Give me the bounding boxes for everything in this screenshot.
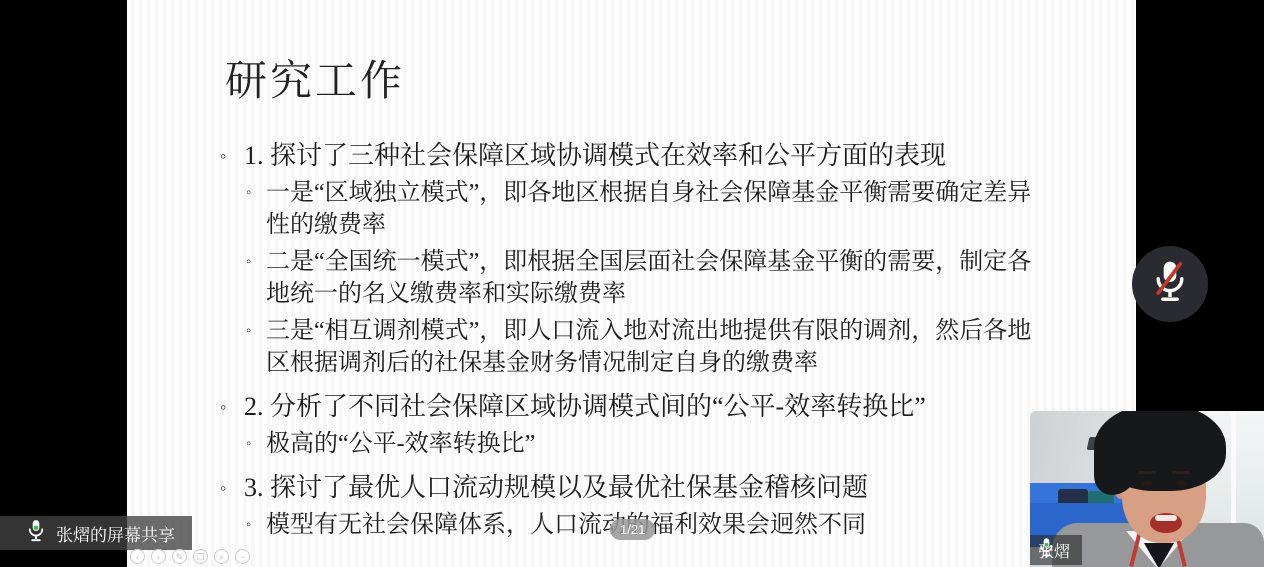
- slide-bullet-list: ◦ 1. 探讨了三种社会保障区域协调模式在效率和公平方面的表现 ◦ 一是“区域独…: [220, 128, 1060, 541]
- undo-icon[interactable]: ‹: [130, 549, 145, 564]
- bullet-marker: ◦: [246, 509, 251, 541]
- bullet-text: 一是“区域独立模式”，即各地区根据自身社会保障基金平衡需要确定差异性的缴费率: [266, 180, 1031, 238]
- pen-icon[interactable]: ✎: [172, 549, 187, 564]
- magnifier-icon[interactable]: ⌕: [214, 549, 229, 564]
- person-teeth: [1155, 515, 1177, 521]
- bullet-marker: ◦: [220, 140, 226, 172]
- shared-screen-slide: 研究工作 ◦ 1. 探讨了三种社会保障区域协调模式在效率和公平方面的表现 ◦ 一…: [127, 0, 1136, 567]
- person-eye: [1142, 481, 1153, 486]
- bullet-text: 极高的“公平-效率转换比”: [266, 431, 535, 457]
- bullet-marker: ◦: [246, 177, 251, 209]
- person-eyebrow: [1172, 471, 1190, 474]
- bullet-item: ◦ 极高的“公平-效率转换比”: [246, 428, 1038, 460]
- screen-share-label: 张熠的屏幕共享: [56, 521, 175, 546]
- page-indicator: 1/21: [610, 519, 655, 540]
- meeting-window: 研究工作 ◦ 1. 探讨了三种社会保障区域协调模式在效率和公平方面的表现 ◦ 一…: [0, 0, 1264, 567]
- bullet-item: ◦ 3. 探讨了最优人口流动规模以及最优社保基金稽核问题: [220, 472, 1060, 504]
- bullet-item: ◦ 三是“相互调剂模式”，即人口流入地对流出地提供有限的调剂，然后各地区根据调剂…: [246, 315, 1038, 379]
- bullet-marker: ◦: [220, 472, 226, 504]
- bullet-text: 1. 探讨了三种社会保障区域协调模式在效率和公平方面的表现: [244, 141, 946, 170]
- bullet-item: ◦ 二是“全国统一模式”，即根据全国层面社会保障基金平衡的需要，制定各地统一的名…: [246, 246, 1038, 310]
- slide-title: 研究工作: [225, 48, 405, 108]
- bullet-text: 2. 分析了不同社会保障区域协调模式间的“公平-效率转换比”: [244, 392, 926, 421]
- bullet-item: ◦ 一是“区域独立模式”，即各地区根据自身社会保障基金平衡需要确定差异性的缴费率: [246, 177, 1038, 241]
- person-eyebrow: [1138, 471, 1156, 474]
- person-eye: [1176, 481, 1187, 486]
- bullet-marker: ◦: [220, 391, 226, 423]
- bullet-item: ◦ 1. 探讨了三种社会保障区域协调模式在效率和公平方面的表现: [220, 140, 1060, 172]
- bullet-item: ◦ 2. 分析了不同社会保障区域协调模式间的“公平-效率转换比”: [220, 391, 1060, 423]
- save-icon[interactable]: ❐: [193, 549, 208, 564]
- bullet-marker: ◦: [246, 428, 251, 460]
- bullet-text: 模型有无社会保障体系，人口流动的福利效果会迥然不同: [266, 512, 866, 538]
- participant-video-thumbnail[interactable]: 张熠: [1030, 411, 1264, 567]
- bullet-marker: ◦: [246, 246, 251, 278]
- screen-share-banner: 张熠的屏幕共享: [0, 516, 192, 550]
- mute-button[interactable]: [1132, 246, 1208, 322]
- bullet-text: 三是“相互调剂模式”，即人口流入地对流出地提供有限的调剂，然后各地区根据调剂后的…: [266, 318, 1031, 376]
- bullet-marker: ◦: [246, 315, 251, 347]
- collapse-icon[interactable]: −: [235, 549, 250, 564]
- redo-icon[interactable]: ›: [151, 549, 166, 564]
- microphone-muted-icon: [1151, 260, 1189, 309]
- microphone-active-icon: [1038, 537, 1055, 563]
- participant-name-badge: 张熠: [1030, 535, 1082, 565]
- annotation-toolbar: ‹ › ✎ ❐ ⌕ −: [130, 549, 250, 564]
- bullet-text: 3. 探讨了最优人口流动规模以及最优社保基金稽核问题: [244, 473, 868, 502]
- bullet-text: 二是“全国统一模式”，即根据全国层面社会保障基金平衡的需要，制定各地统一的名义缴…: [266, 249, 1031, 307]
- microphone-active-icon: [26, 519, 46, 548]
